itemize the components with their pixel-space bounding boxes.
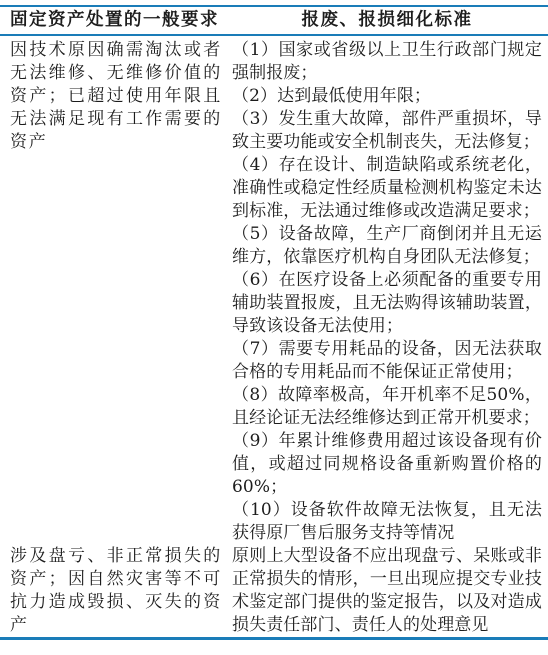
criteria-cell: （1）国家或省级以上卫生行政部门规定强制报废； （2）达到最低使用年限； （3）…: [226, 39, 548, 545]
criteria-item-5: （5）设备故障，生产厂商倒闭并且无运维方，依靠医疗机构自身团队无法修复；: [232, 223, 542, 269]
requirement-cell: 涉及盘亏、非正常损失的资产；因自然灾害等不可抗力造成毁损、灭失的资产: [0, 545, 226, 637]
criteria-item: 原则上大型设备不应出现盘亏、呆账或非正常损失的情形，一旦出现应提交专业技术鉴定部…: [232, 545, 542, 637]
criteria-item-4: （4）存在设计、制造缺陷或系统老化，准确性或稳定性经质量检测机构鉴定未达到标准，…: [232, 154, 542, 223]
criteria-item-2: （2）达到最低使用年限；: [232, 85, 542, 108]
criteria-item-10: （10）设备软件故障无法恢复，且无法获得原厂售后服务支持等情况: [232, 499, 542, 545]
table-header-row: 固定资产处置的一般要求 报废、报损细化标准: [0, 7, 548, 36]
criteria-item-1: （1）国家或省级以上卫生行政部门规定强制报废；: [232, 39, 542, 85]
header-detailed-criteria: 报废、报损细化标准: [226, 8, 548, 32]
criteria-item-9: （9）年累计维修费用超过该设备现有价值，或超过同规格设备重新购置价格的60%；: [232, 430, 542, 499]
criteria-item-8: （8）故障率极高，年开机率不足50%，且经论证无法经维修达到正常开机要求；: [232, 384, 542, 430]
criteria-item-7: （7）需要专用耗品的设备，因无法获取合格的专用耗品而不能保证正常使用；: [232, 338, 542, 384]
table-row-abnormal-loss: 涉及盘亏、非正常损失的资产；因自然灾害等不可抗力造成毁损、灭失的资产 原则上大型…: [0, 545, 548, 637]
table-body: 因技术原因确需淘汰或者无法维修、无维修价值的资产；已超过使用年限且无法满足现有工…: [0, 36, 548, 637]
criteria-cell: 原则上大型设备不应出现盘亏、呆账或非正常损失的情形，一旦出现应提交专业技术鉴定部…: [226, 545, 548, 637]
table-row-technical-elimination: 因技术原因确需淘汰或者无法维修、无维修价值的资产；已超过使用年限且无法满足现有工…: [0, 39, 548, 545]
requirement-cell: 因技术原因确需淘汰或者无法维修、无维修价值的资产；已超过使用年限且无法满足现有工…: [0, 39, 226, 154]
header-general-requirements: 固定资产处置的一般要求: [0, 8, 226, 32]
asset-disposal-table: 固定资产处置的一般要求 报废、报损细化标准 因技术原因确需淘汰或者无法维修、无维…: [0, 5, 548, 640]
criteria-item-6: （6）在医疗设备上必须配备的重要专用辅助装置报废，且无法购得该辅助装置，导致该设…: [232, 269, 542, 338]
criteria-item-3: （3）发生重大故障，部件严重损坏，导致主要功能或安全机制丧失，无法修复；: [232, 108, 542, 154]
